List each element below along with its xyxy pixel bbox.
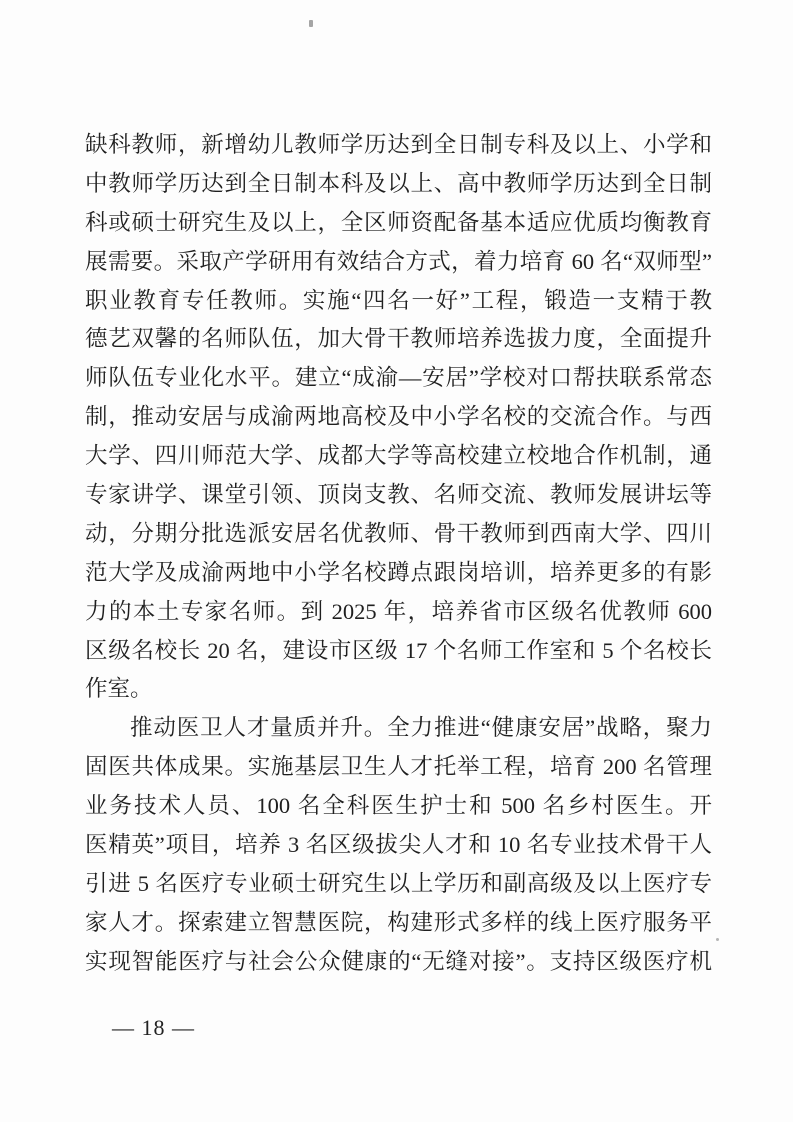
text-line: 业务技术人员、100 名全科医生护士和 500 名乡村医生。开展“名 (85, 787, 712, 826)
text-line: 缺科教师，新增幼儿教师学历达到全日制专科及以上、小学和初 (85, 126, 712, 165)
text-line: 推动医卫人才量质并升。全力推进“健康安居”战略，聚力巩 (85, 709, 712, 748)
text-line: 师队伍专业化水平。建立“成渝—安居”学校对口帮扶联系常态机 (85, 359, 712, 398)
text-line: 实现智能医疗与社会公众健康的“无缝对接”。支持区级医疗机构 (85, 943, 712, 982)
text-line: 大学、四川师范大学、成都大学等高校建立校地合作机制，通过 (85, 437, 712, 476)
page-number: — 18 — (112, 1013, 195, 1043)
text-line: 家人才。探索建立智慧医院，构建形式多样的线上医疗服务平台， (85, 904, 712, 943)
text-line: 力的本土专家名师。到 2025 年，培养省市区级名优教师 600 名、 (85, 593, 712, 632)
text-line: 医精英”项目，培养 3 名区级拔尖人才和 10 名专业技术骨干人才， (85, 826, 712, 865)
text-line: 范大学及成渝两地中小学名校蹲点跟岗培训，培养更多的有影响 (85, 554, 712, 593)
text-line: 科或硕士研究生及以上，全区师资配备基本适应优质均衡教育发 (85, 204, 712, 243)
text-line: 固医共体成果。实施基层卫生人才托举工程，培育 200 名管理与 (85, 748, 712, 787)
scan-speck (309, 20, 313, 27)
paper-background: 缺科教师，新增幼儿教师学历达到全日制专科及以上、小学和初中教师学历达到全日制本科… (0, 0, 793, 1122)
scan-speck (716, 938, 719, 941)
body-text-block: 缺科教师，新增幼儿教师学历达到全日制专科及以上、小学和初中教师学历达到全日制本科… (85, 126, 712, 982)
text-line: 德艺双馨的名师队伍，加大骨干教师培养选拔力度，全面提升教 (85, 320, 712, 359)
text-line: 作室。 (85, 670, 712, 709)
text-line: 引进 5 名医疗专业硕士研究生以上学历和副高级及以上医疗专 (85, 865, 712, 904)
text-line: 动，分期分批选派安居名优教师、骨干教师到西南大学、四川师 (85, 515, 712, 554)
text-line: 专家讲学、课堂引领、顶岗支教、名师交流、教师发展讲坛等活 (85, 476, 712, 515)
text-line: 制，推动安居与成渝两地高校及中小学名校的交流合作。与西南 (85, 398, 712, 437)
text-line: 区级名校长 20 名，建设市区级 17 个名师工作室和 5 个名校长工 (85, 632, 712, 671)
text-line: 中教师学历达到全日制本科及以上、高中教师学历达到全日制本 (85, 165, 712, 204)
text-line: 展需要。采取产学研用有效结合方式，着力培育 60 名“双师型” (85, 243, 712, 282)
document-page: { "doc": { "lines": [ { "text": "缺科教师，新增… (0, 0, 793, 1122)
text-line: 职业教育专任教师。实施“四名一好”工程，锻造一支精于教学、 (85, 282, 712, 321)
